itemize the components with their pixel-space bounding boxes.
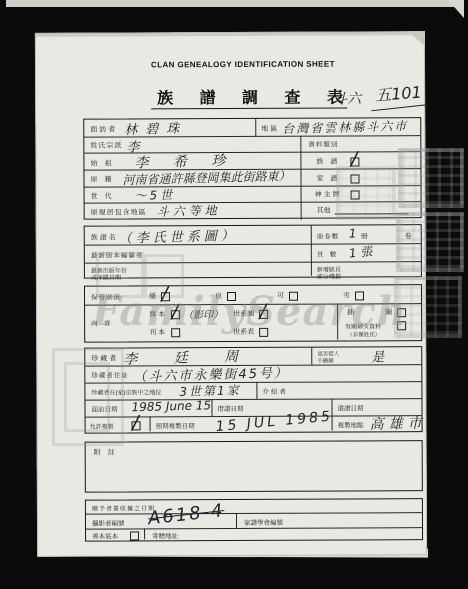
origin-label: 原籍 <box>90 174 118 184</box>
clan-label: 姓氏宗派 <box>90 140 122 150</box>
keep-label: 保管狀況 <box>91 292 121 301</box>
donation-address-label: 寄贈地址 <box>152 531 178 540</box>
volume-table: 族譜名 （李氏世系圖） 冊卷數 1 冊 卷 最新版本編纂者 頁 數 1 張 最新… <box>84 224 422 278</box>
form-title-english: CLAN GENEALOGY IDENTIFICATION SHEET <box>151 60 335 70</box>
visit-date-value: 1985 June 15 <box>131 398 211 414</box>
notes-box: 附 註 <box>85 440 423 492</box>
coverage-label: 原現居包含地區 <box>91 207 147 217</box>
illustration-checkbox <box>397 308 406 317</box>
ancestor-label: 始祖 <box>90 158 118 168</box>
form-title-chinese: 族 譜 調 查 表 <box>157 84 354 108</box>
area-value: 台灣省雲林縣斗六市 <box>282 117 408 137</box>
coverage-value: 斗六等地 <box>156 201 220 220</box>
page-code-handwritten: 五101 <box>374 80 422 106</box>
visit-date-label: 面訪日期 <box>91 404 117 413</box>
donor-receipt-date-label: 贈予者簽收據之日期 <box>92 503 155 512</box>
copy-place-value: 高雄市 <box>369 413 426 434</box>
keep-poor-label: 劣 <box>343 290 350 300</box>
pages-label: 頁 數 <box>317 250 337 259</box>
copy-place-label: 複製地點 <box>338 420 364 429</box>
identity-table: 面訪者 林碧珠 地區 台灣省雲林縣斗六市 姓氏宗派 李 始祖 李 希 珍 原籍 … <box>83 117 421 219</box>
master-copy-label: 善本底本 <box>92 531 118 540</box>
table-checkbox <box>259 328 268 337</box>
compiler-label: 最新版本編纂者 <box>91 250 144 259</box>
damage-label-line2: 部分殘損 <box>317 272 341 281</box>
copy-permission-checkbox <box>132 421 141 430</box>
category-jiapu-checkbox <box>350 174 359 183</box>
genealogy-form-page: CLAN GENEALOGY IDENTIFICATION SHEET 族 譜 … <box>35 31 427 557</box>
society-number-label: 家譜學會編號 <box>244 518 283 527</box>
content-label: 內 容 <box>91 319 111 328</box>
manuscript-checkbox <box>171 310 180 319</box>
women-data-label: 有關婦女資料 <box>345 321 381 330</box>
lend-value: 是 <box>371 346 384 365</box>
manuscript-label: 寫 本 <box>149 309 165 319</box>
title-underline <box>151 107 347 109</box>
category-shenzhupai-label: 神主牌 <box>315 190 342 200</box>
photographer-number-value: A618-4 <box>147 500 225 529</box>
manuscript-note-handwritten: （影印） <box>183 306 223 322</box>
interviewer-value: 林碧珠 <box>124 118 187 139</box>
category-zupu-checkbox <box>350 157 359 166</box>
scanned-document-stage: FamilySearch CLAN GENEALOGY IDENTIFICATI… <box>0 0 468 589</box>
keep-good-label: 良 <box>215 291 222 301</box>
owner-address-label: 珍藏者住址 <box>91 370 129 379</box>
owner-position-value: 3世第1家 <box>179 381 241 400</box>
owner-table: 珍藏者 李 廷 周 是否借人 不願錄 是 珍藏者住址 （斗六市永樂街45号） 珍… <box>84 346 422 433</box>
borrow-date-label: 借譜日期 <box>217 404 243 413</box>
owner-position-label: 珍藏者在(家)宗族中之地位 <box>91 387 161 396</box>
illustration-label: 插 圖 <box>347 307 404 317</box>
introducer-label: 介紹者 <box>262 387 288 396</box>
owner-label: 珍藏者 <box>91 353 118 363</box>
generations-value: ～5世 <box>134 186 175 204</box>
copy-date-label: 預期複製日期 <box>156 421 195 430</box>
locality-code-handwritten: 斗六 <box>333 88 361 109</box>
interviewer-label: 面訪者 <box>90 124 117 134</box>
return-date-label: 還譜日期 <box>337 403 363 412</box>
lend-label-line2: 不願錄 <box>317 357 334 365</box>
keep-excellent-label: 優 <box>149 291 156 301</box>
category-jiapu-label: 家 譜 <box>316 174 337 184</box>
women-data-note: （非僅姓氏） <box>347 330 380 338</box>
genealogy-title-label: 族譜名 <box>91 232 118 242</box>
pages-value: 1 張 <box>348 242 373 261</box>
area-label: 地區 <box>261 124 279 134</box>
keep-good-checkbox <box>227 292 236 301</box>
keep-fair-label: 可 <box>277 291 284 301</box>
category-other-blank <box>335 213 409 214</box>
film-corner-notch <box>448 0 464 18</box>
master-copy-checkbox <box>130 531 139 540</box>
condition-table: 保管狀況 優 良 可 劣 內 容 寫 本 （影印） 世系圖 刊 本 世系表 插 … <box>84 284 422 342</box>
printed-checkbox <box>171 328 180 337</box>
volumes-unit-ce: 冊 <box>361 231 368 241</box>
page-fold-corner <box>408 31 425 46</box>
category-shenzhupai-checkbox <box>351 190 360 199</box>
table-label: 世系表 <box>233 327 254 337</box>
generations-label: 世代 <box>91 191 119 201</box>
copy-permission-label: 允許複製 <box>90 422 114 431</box>
keep-poor-checkbox <box>355 291 364 300</box>
film-edge-strip-top <box>6 0 458 7</box>
genealogy-title-value: （李氏世系圖） <box>119 225 238 247</box>
chart-label: 世系圖 <box>233 309 254 319</box>
chart-checkbox <box>259 310 268 319</box>
keep-excellent-checkbox <box>161 292 170 301</box>
photographer-number-label: 攝影者編號 <box>92 518 125 527</box>
volumes-value: 1 <box>349 226 357 240</box>
pubyear-label-line2: 或序跋日期 <box>91 272 121 281</box>
volumes-label: 冊卷數 <box>317 232 340 241</box>
volumes-unit-juan: 卷 <box>405 231 412 241</box>
keep-fair-checkbox <box>289 292 298 301</box>
category-label: 資料類別 <box>308 140 338 149</box>
category-other-label: 其他 <box>317 206 331 216</box>
women-data-checkbox <box>397 321 406 330</box>
printed-label: 刊 本 <box>149 327 165 337</box>
notes-label: 附 註 <box>94 448 115 458</box>
category-zupu-label: 族 譜 <box>316 157 337 167</box>
admin-table: 贈予者簽收據之日期 攝影者編號 A618-4 家譜學會編號 善本底本 寄贈地址 <box>85 498 423 541</box>
